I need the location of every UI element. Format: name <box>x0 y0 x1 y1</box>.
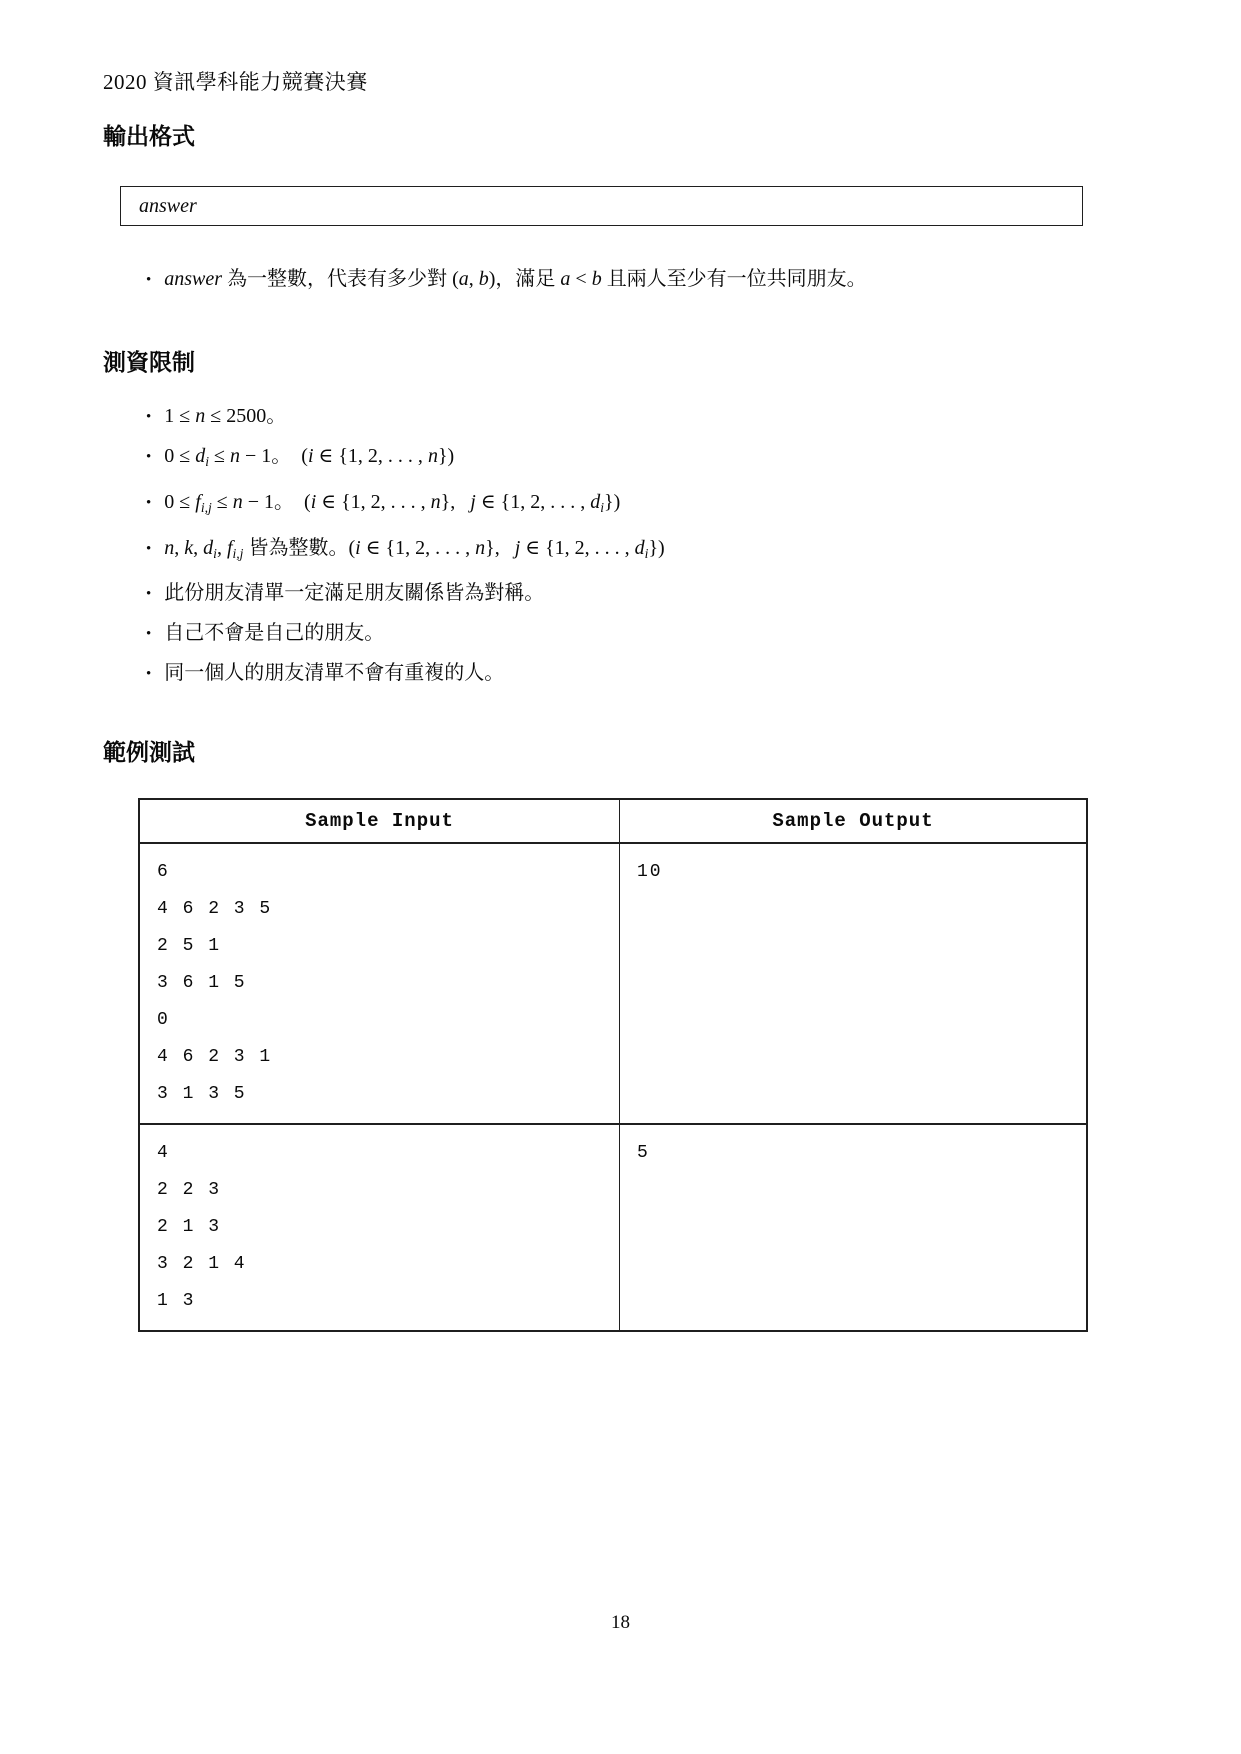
sample-output-cell: 10 <box>620 844 1086 1123</box>
constraint-item: • 0 ≤ di ≤ n − 1。 (i ∈ {1, 2, . . . , n}… <box>146 436 1026 482</box>
constraint-text: 自己不會是自己的朋友。 <box>164 613 384 653</box>
bullet-dot: • <box>146 574 151 614</box>
constraint-item: • 1 ≤ n ≤ 2500。 <box>146 396 1026 436</box>
constraint-item: • 此份朋友清單一定滿足朋友關係皆為對稱。 <box>146 573 1026 613</box>
sample-case-row: 64 6 2 3 52 5 13 6 1 504 6 2 3 13 1 3 5 … <box>140 844 1086 1123</box>
constraint-text: 1 ≤ n ≤ 2500。 <box>164 396 286 436</box>
answer-description-bullet: • answer 為一整數，代表有多少對 (a, b)，滿足 a < b 且兩人… <box>146 264 1026 294</box>
document-page: 2020 資訊學科能力競賽決賽 輸出格式 answer • answer 為一整… <box>0 0 1241 1754</box>
output-format-box: answer <box>120 186 1083 226</box>
bullet-dot: • <box>146 397 151 437</box>
sample-input-cell: 42 2 32 1 33 2 1 41 3 <box>140 1125 620 1330</box>
document-header: 2020 資訊學科能力競賽決賽 <box>103 66 368 96</box>
bullet-dot: • <box>146 265 151 295</box>
constraint-text: 0 ≤ fi,j ≤ n − 1。 (i ∈ {1, 2, . . . , n}… <box>164 482 620 528</box>
column-header-sample-input: Sample Input <box>140 800 620 842</box>
column-header-sample-output: Sample Output <box>620 800 1086 842</box>
section-title-output-format: 輸出格式 <box>103 118 195 151</box>
constraint-item: • 自己不會是自己的朋友。 <box>146 613 1026 653</box>
constraint-item: • 0 ≤ fi,j ≤ n − 1。 (i ∈ {1, 2, . . . , … <box>146 482 1026 528</box>
bullet-dot: • <box>146 654 151 694</box>
constraint-text: 0 ≤ di ≤ n − 1。 (i ∈ {1, 2, . . . , n}) <box>164 436 454 482</box>
bullet-dot: • <box>146 483 151 523</box>
bullet-dot: • <box>146 614 151 654</box>
constraint-item: • n, k, di, fi,j 皆為整數。(i ∈ {1, 2, . . . … <box>146 528 1026 574</box>
sample-input-cell: 64 6 2 3 52 5 13 6 1 504 6 2 3 13 1 3 5 <box>140 844 620 1123</box>
constraint-text: 此份朋友清單一定滿足朋友關係皆為對稱。 <box>164 573 544 613</box>
page-number: 18 <box>0 1612 1241 1634</box>
sample-output-cell: 5 <box>620 1125 1086 1330</box>
sample-table-header-row: Sample Input Sample Output <box>140 800 1086 844</box>
constraint-text: n, k, di, fi,j 皆為整數。(i ∈ {1, 2, . . . , … <box>164 528 664 574</box>
constraints-list: • 1 ≤ n ≤ 2500。 • 0 ≤ di ≤ n − 1。 (i ∈ {… <box>146 396 1026 693</box>
sample-table: Sample Input Sample Output 64 6 2 3 52 5… <box>138 798 1088 1332</box>
answer-description-text: answer 為一整數，代表有多少對 (a, b)，滿足 a < b 且兩人至少… <box>164 264 866 294</box>
sample-case-row: 42 2 32 1 33 2 1 41 3 5 <box>140 1123 1086 1330</box>
constraint-item: • 同一個人的朋友清單不會有重複的人。 <box>146 653 1026 693</box>
constraint-text: 同一個人的朋友清單不會有重複的人。 <box>164 653 504 693</box>
output-format-box-text: answer <box>139 195 197 218</box>
section-title-sample-tests: 範例測試 <box>103 734 195 767</box>
bullet-dot: • <box>146 529 151 569</box>
section-title-constraints: 測資限制 <box>103 344 195 377</box>
bullet-dot: • <box>146 437 151 477</box>
